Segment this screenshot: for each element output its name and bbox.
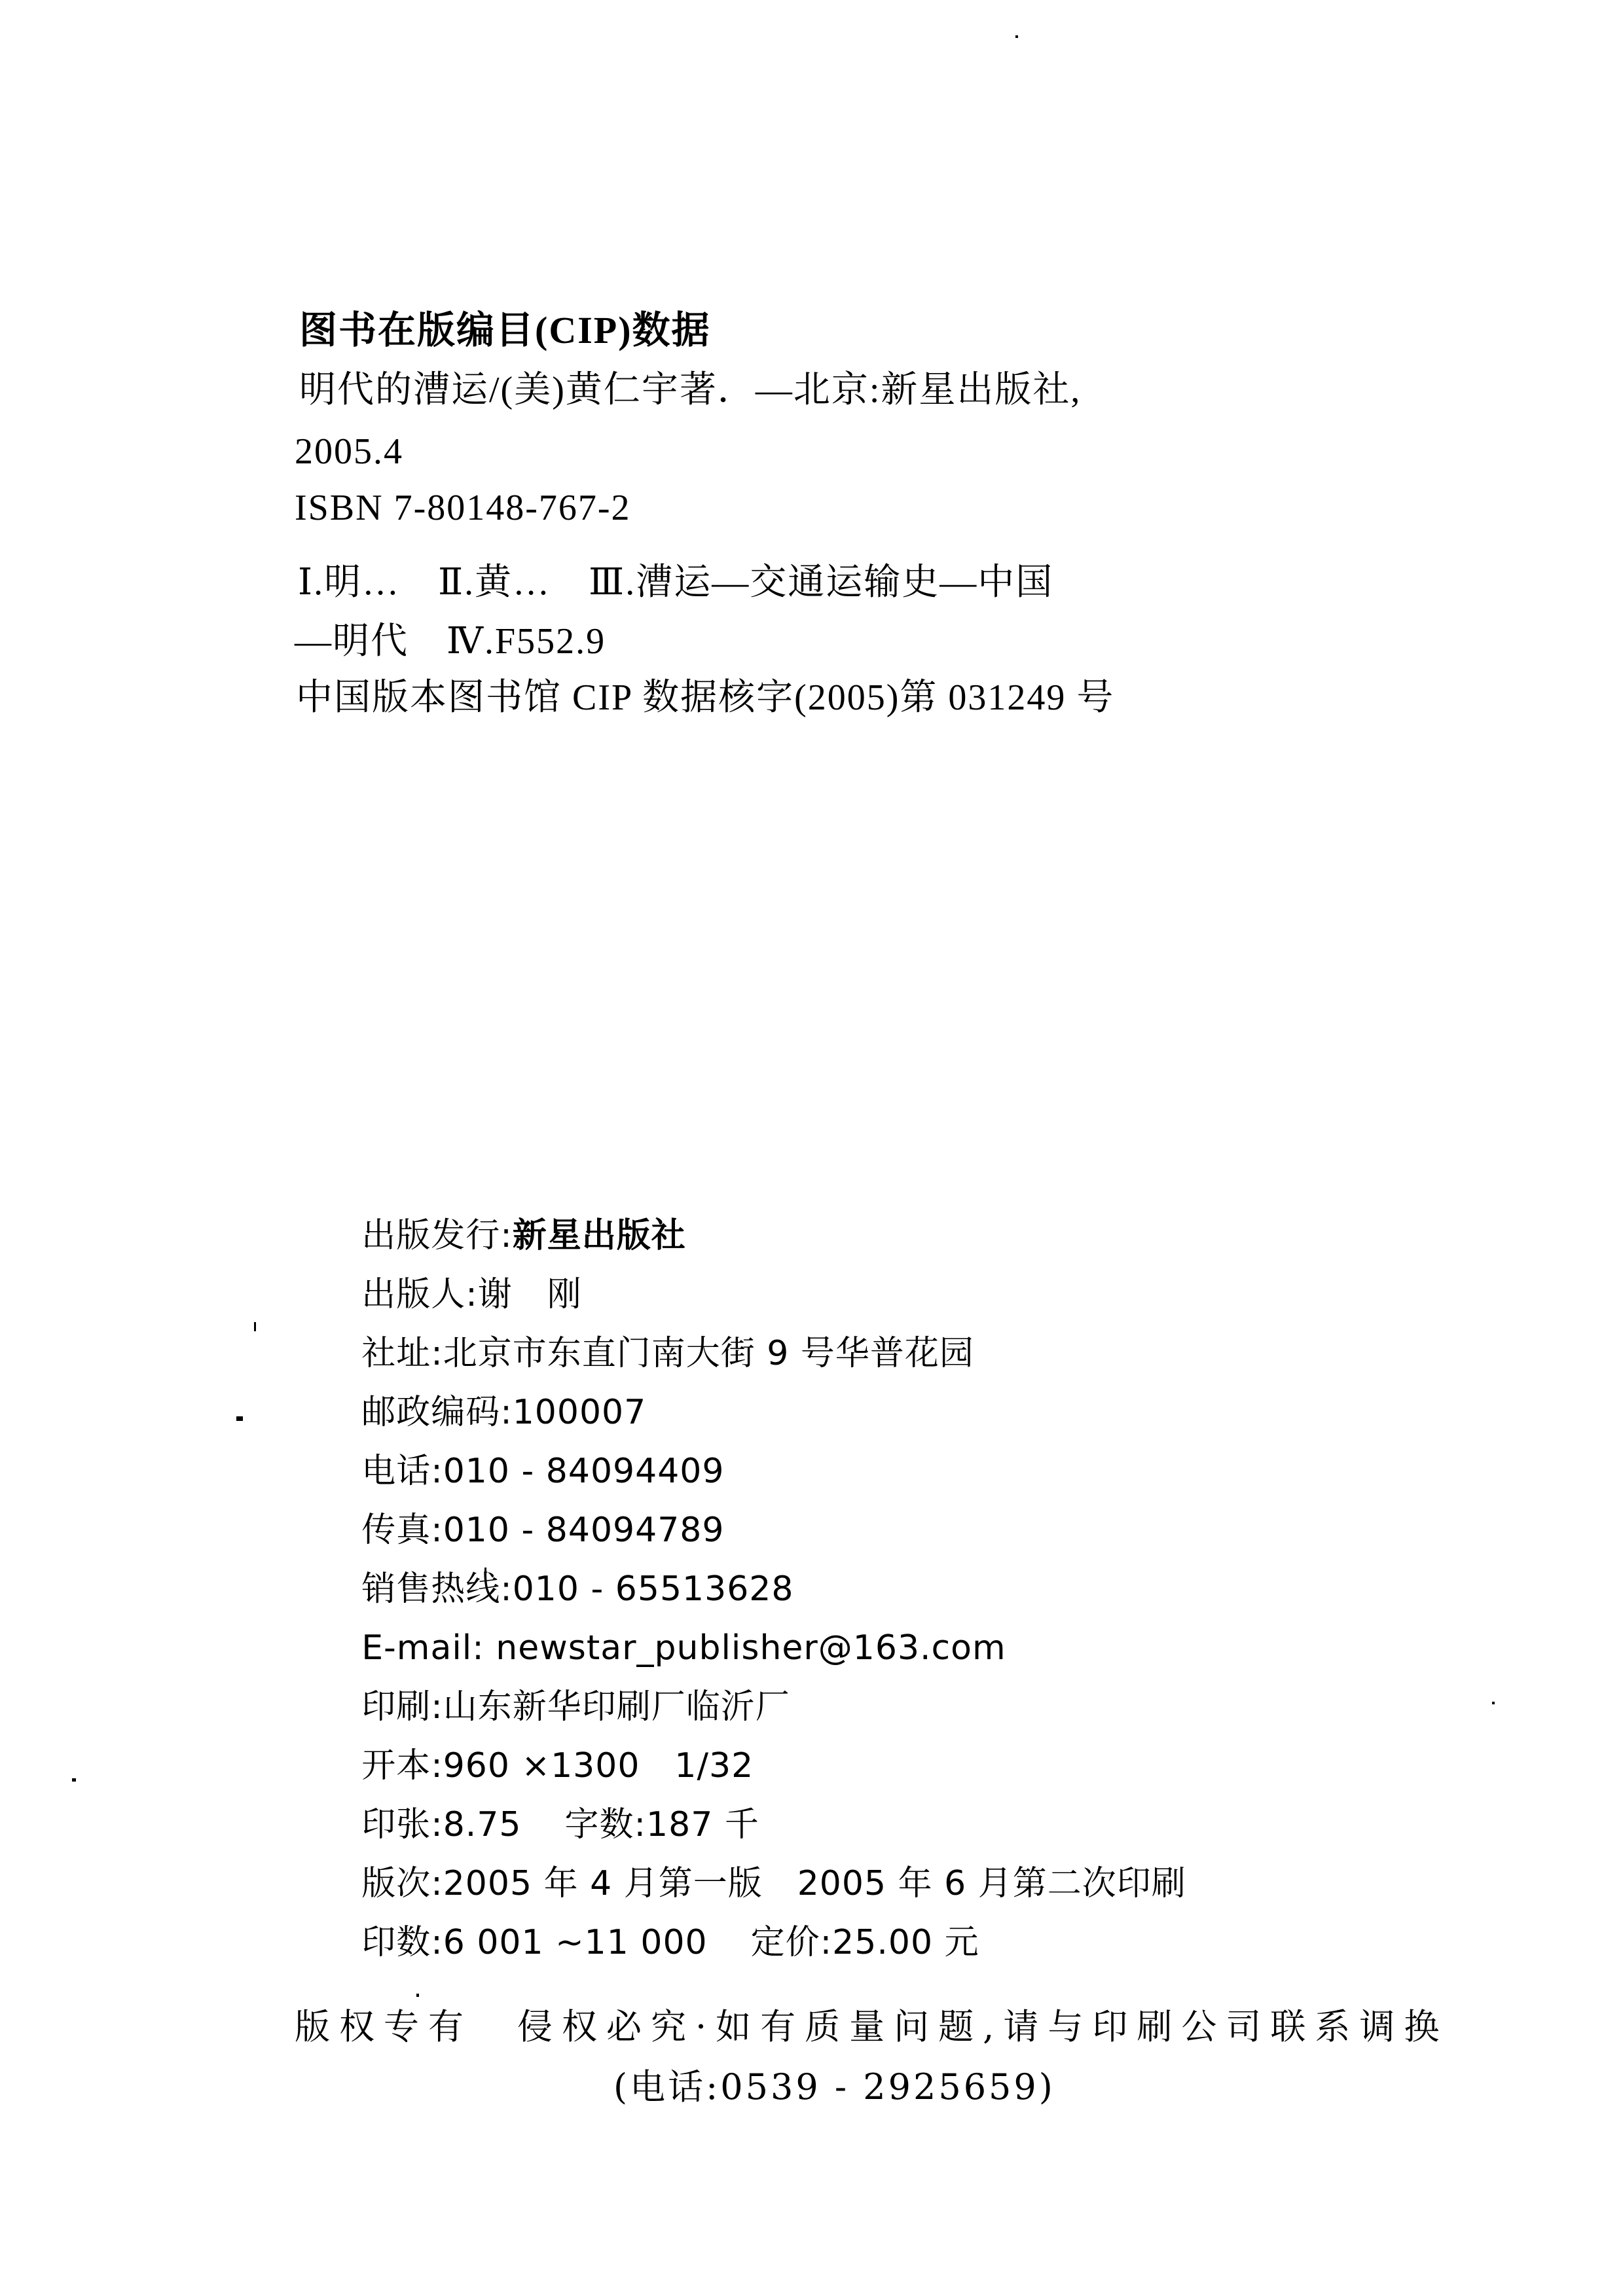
cip-catalog-line: 中国版本图书馆 CIP 数据核字(2005)第 031249 号	[296, 679, 1114, 716]
scan-speck	[416, 1994, 419, 1997]
cip-date-line: 2005.4	[295, 433, 403, 470]
print-run-label: 印数:	[361, 1923, 443, 1962]
scan-speck	[1492, 1702, 1495, 1704]
price-label: 定价:	[751, 1923, 833, 1962]
cip-subject-line-1: Ⅰ.明… Ⅱ.黄… Ⅲ.漕运—交通运输史—中国	[298, 564, 1053, 601]
scan-speck	[484, 1568, 486, 1573]
scan-speck	[1015, 35, 1018, 38]
copyright-page: 图书在版编目(CIP)数据 明代的漕运/(美)黄仁宇著．—北京:新星出版社, 2…	[0, 0, 1623, 2296]
scan-speck	[254, 1322, 256, 1331]
imprint-printrun-price: 印数:6 001 ~11 000定价:25.00 元	[293, 1892, 979, 1994]
print-run-value: 6 001 ~11 000	[443, 1923, 708, 1962]
cip-title-line: 明代的漕运/(美)黄仁宇著．—北京:新星出版社,	[299, 372, 1081, 408]
cip-isbn-line: ISBN 7-80148-767-2	[295, 490, 631, 526]
scan-speck	[72, 1778, 76, 1782]
scan-speck	[236, 1416, 243, 1421]
cip-heading: 图书在版编目(CIP)数据	[299, 312, 711, 350]
copyright-notice: 版权专有 侵权必究·如有质量问题,请与印刷公司联系调换	[295, 2009, 1448, 2045]
price-value: 25.00 元	[832, 1923, 979, 1962]
cip-subject-line-2: —明代 Ⅳ.F552.9	[295, 623, 606, 660]
copyright-contact: (电话:0539 - 2925659)	[613, 2070, 1055, 2105]
